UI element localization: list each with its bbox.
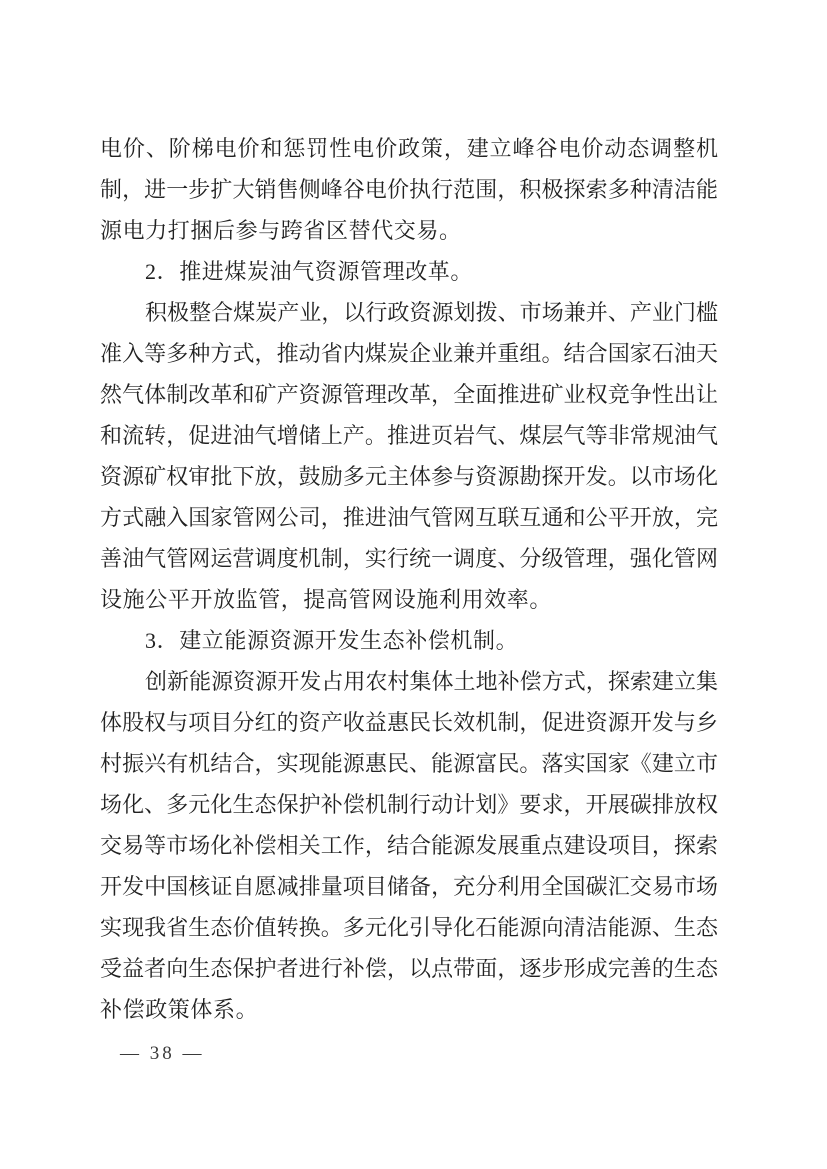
text-line: 方式融入国家管网公司，推进油气管网互联互通和公平开放，完: [100, 497, 718, 538]
text-line: 制，进一步扩大销售侧峰谷电价执行范围，积极探索多种清洁能: [100, 169, 718, 210]
text-line: 2．推进煤炭油气资源管理改革。: [100, 251, 718, 292]
text-line: 资源矿权审批下放，鼓励多元主体参与资源勘探开发。以市场化: [100, 456, 718, 497]
text-line: 开发中国核证自愿减排量项目储备，充分利用全国碳汇交易市场: [100, 866, 718, 907]
text-line: 创新能源资源开发占用农村集体土地补偿方式，探索建立集: [100, 661, 718, 702]
text-line: 补偿政策体系。: [100, 989, 718, 1030]
text-line: 和流转，促进油气增储上产。推进页岩气、煤层气等非常规油气: [100, 415, 718, 456]
text-line: 准入等多种方式，推动省内煤炭企业兼并重组。结合国家石油天: [100, 333, 718, 374]
text-line: 实现我省生态价值转换。多元化引导化石能源向清洁能源、生态: [100, 907, 718, 948]
text-line: 源电力打捆后参与跨省区替代交易。: [100, 210, 718, 251]
text-line: 场化、多元化生态保护补偿机制行动计划》要求，开展碳排放权: [100, 784, 718, 825]
text-line: 积极整合煤炭产业，以行政资源划拨、市场兼并、产业门槛: [100, 292, 718, 333]
document-body: 电价、阶梯电价和惩罚性电价政策，建立峰谷电价动态调整机制，进一步扩大销售侧峰谷电…: [100, 128, 718, 1030]
text-line: 电价、阶梯电价和惩罚性电价政策，建立峰谷电价动态调整机: [100, 128, 718, 169]
text-line: 村振兴有机结合，实现能源惠民、能源富民。落实国家《建立市: [100, 743, 718, 784]
text-line: 3．建立能源资源开发生态补偿机制。: [100, 620, 718, 661]
page-number: — 38 —: [120, 1041, 205, 1067]
text-line: 体股权与项目分红的资产收益惠民长效机制，促进资源开发与乡: [100, 702, 718, 743]
text-line: 受益者向生态保护者进行补偿，以点带面，逐步形成完善的生态: [100, 948, 718, 989]
text-line: 设施公平开放监管，提高管网设施利用效率。: [100, 579, 718, 620]
text-line: 然气体制改革和矿产资源管理改革，全面推进矿业权竞争性出让: [100, 374, 718, 415]
text-line: 交易等市场化补偿相关工作，结合能源发展重点建设项目，探索: [100, 825, 718, 866]
text-line: 善油气管网运营调度机制，实行统一调度、分级管理，强化管网: [100, 538, 718, 579]
document-page: 电价、阶梯电价和惩罚性电价政策，建立峰谷电价动态调整机制，进一步扩大销售侧峰谷电…: [0, 0, 827, 1169]
